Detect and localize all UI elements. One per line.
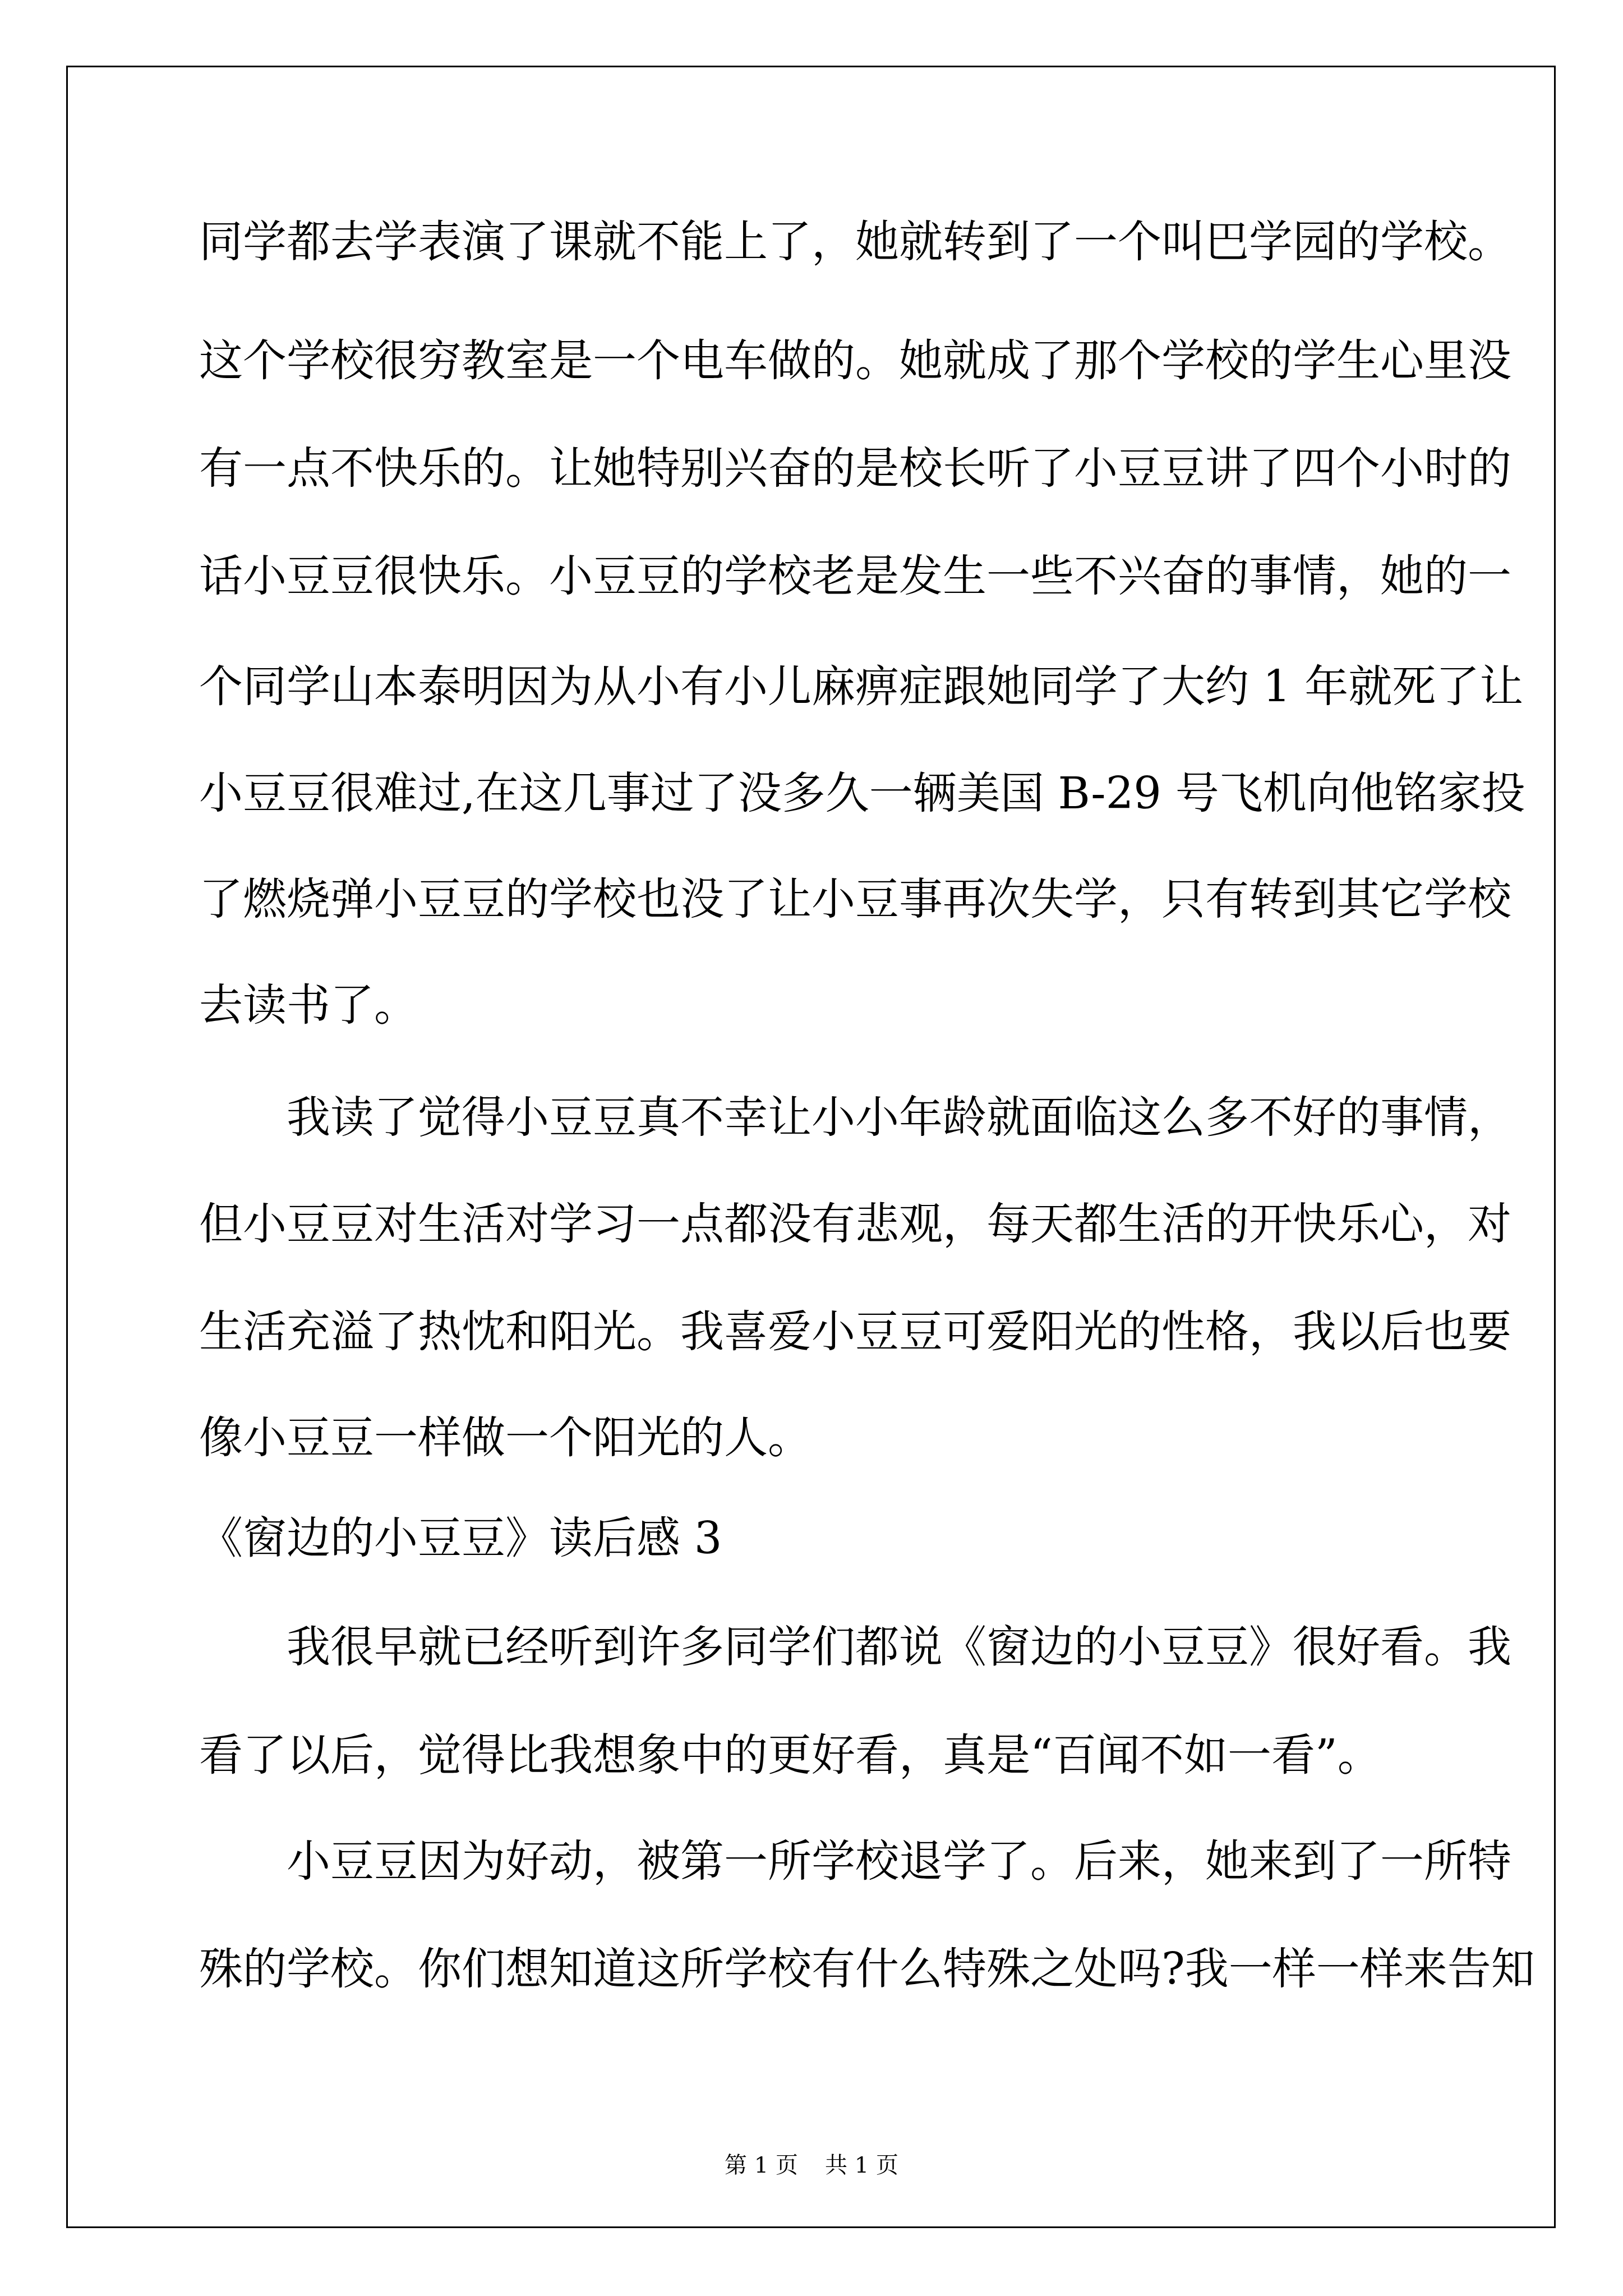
- paragraph-line: 但小豆豆对生活对学习一点都没有悲观，每天都生活的开快乐心，对: [199, 1202, 1438, 1247]
- paragraph-line: 我读了觉得小豆豆真不幸让小小年龄就面临这么多不好的事情，: [199, 1096, 1438, 1140]
- paragraph-line: 这个学校很穷教室是一个电车做的。她就成了那个学校的学生心里没: [199, 339, 1438, 384]
- paragraph-line: 个同学山本泰明因为从小有小儿麻痹症跟她同学了大约 1 年就死了让: [199, 665, 1438, 710]
- section-heading: 《窗边的小豆豆》读后感 3: [199, 1516, 1438, 1561]
- paragraph-line: 小豆豆因为好动，被第一所学校退学了。后来，她来到了一所特: [199, 1839, 1438, 1884]
- page-number-total: 共 1 页: [825, 2153, 898, 2178]
- paragraph-line: 看了以后，觉得比我想象中的更好看，真是“百闻不如一看”。: [199, 1733, 1438, 1778]
- paragraph-line: 像小豆豆一样做一个阳光的人。: [199, 1416, 1438, 1461]
- paragraph-line: 去读书了。: [199, 983, 1438, 1028]
- paragraph-line: 小豆豆很难过,在这几事过了没多久一辆美国 B-29 号飞机向他铭家投: [199, 771, 1438, 816]
- page-footer: 第 1 页共 1 页: [0, 2153, 1623, 2178]
- paragraph-line: 话小豆豆很快乐。小豆豆的学校老是发生一些不兴奋的事情，她的一: [199, 554, 1438, 599]
- paragraph-line: 我很早就已经听到许多同学们都说《窗边的小豆豆》很好看。我: [199, 1625, 1438, 1670]
- paragraph-line: 生活充溢了热忱和阳光。我喜爱小豆豆可爱阳光的性格，我以后也要: [199, 1310, 1438, 1355]
- page-number-current: 第 1 页: [725, 2153, 798, 2178]
- paragraph-line: 了燃烧弹小豆豆的学校也没了让小豆事再次失学，只有转到其它学校: [199, 877, 1438, 922]
- page-border: [66, 66, 1556, 2228]
- paragraph-line: 有一点不快乐的。让她特别兴奋的是校长听了小豆豆讲了四个小时的: [199, 447, 1438, 491]
- paragraph-line: 殊的学校。你们想知道这所学校有什么特殊之处吗?我一样一样来告知: [199, 1947, 1438, 1992]
- paragraph-line: 同学都去学表演了课就不能上了，她就转到了一个叫巴学园的学校。: [199, 220, 1438, 265]
